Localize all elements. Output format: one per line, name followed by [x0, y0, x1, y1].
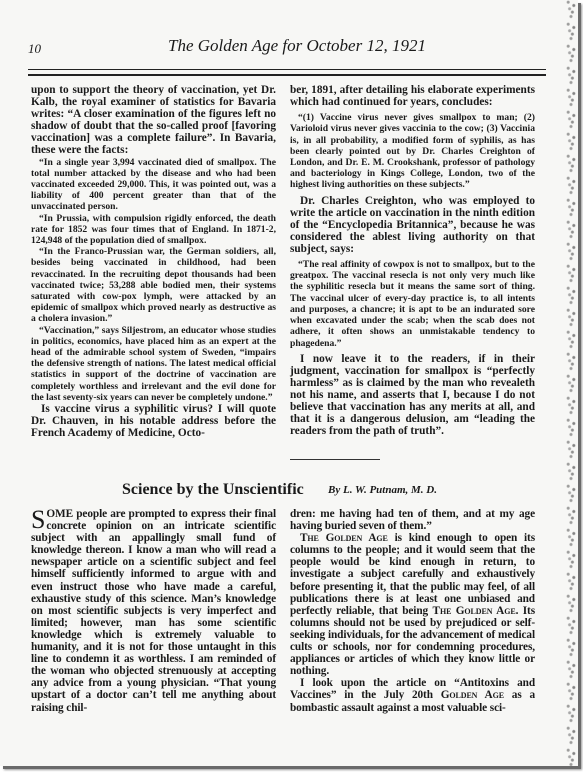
paragraph: Dr. Charles Creighton, who was employed … [290, 195, 535, 255]
quote-paragraph: “The real affinity of cowpox is not to s… [290, 259, 535, 349]
publication-name: Golden Age [441, 689, 504, 701]
article-title: Science by the Unscientific [122, 481, 304, 499]
quote-paragraph: “In Prussia, with compulsion rigidly enf… [31, 213, 276, 247]
drop-cap: S [31, 509, 45, 531]
header-double-rule [28, 69, 546, 76]
article-two-left-column: SOME people are prompted to express thei… [31, 508, 276, 714]
quote-paragraph: “(1) Vaccine virus never gives smallpox … [290, 112, 535, 190]
quote-paragraph: “In the Franco-Prussian war, the German … [31, 246, 276, 324]
paragraph: Is vaccine virus a syphilitic virus? I w… [31, 403, 276, 439]
running-title: The Golden Age for October 12, 1921 [168, 36, 426, 56]
page-number: 10 [28, 41, 41, 57]
quote-paragraph: “Vaccination,” says Siljestrom, an educa… [31, 325, 276, 403]
paragraph: The Golden Age is kind enough to open it… [290, 532, 535, 677]
article-byline: By L. W. Putnam, M. D. [328, 484, 437, 496]
paragraph: ber, 1891, after detailing his elaborate… [290, 84, 535, 108]
article-two-right-column: dren: me having had ten of them, and at … [290, 508, 535, 714]
page-header: 10 The Golden Age for October 12, 1921 [28, 20, 546, 60]
publication-name: The Golden Age [433, 605, 516, 617]
scanned-page: 10 The Golden Age for October 12, 1921 u… [0, 0, 578, 766]
page-edge-noise [564, 0, 578, 766]
paragraph: SOME people are prompted to express thei… [31, 508, 276, 714]
article-one-right-column: ber, 1891, after detailing his elaborate… [290, 84, 535, 437]
paragraph: I now leave it to the readers, if in the… [290, 353, 535, 438]
paragraph-text: OME people are prompted to express their… [31, 508, 276, 714]
article-end-rule [290, 459, 380, 460]
paragraph: upon to support the theory of vaccinatio… [31, 84, 276, 157]
paragraph: dren: me having had ten of them, and at … [290, 508, 535, 532]
publication-name: The Golden Age [300, 532, 388, 544]
quote-paragraph: “In a single year 3,994 vaccinated died … [31, 157, 276, 213]
article-one-left-column: upon to support the theory of vaccinatio… [31, 84, 276, 439]
paragraph: I look upon the article on “Antitoxins a… [290, 677, 535, 713]
